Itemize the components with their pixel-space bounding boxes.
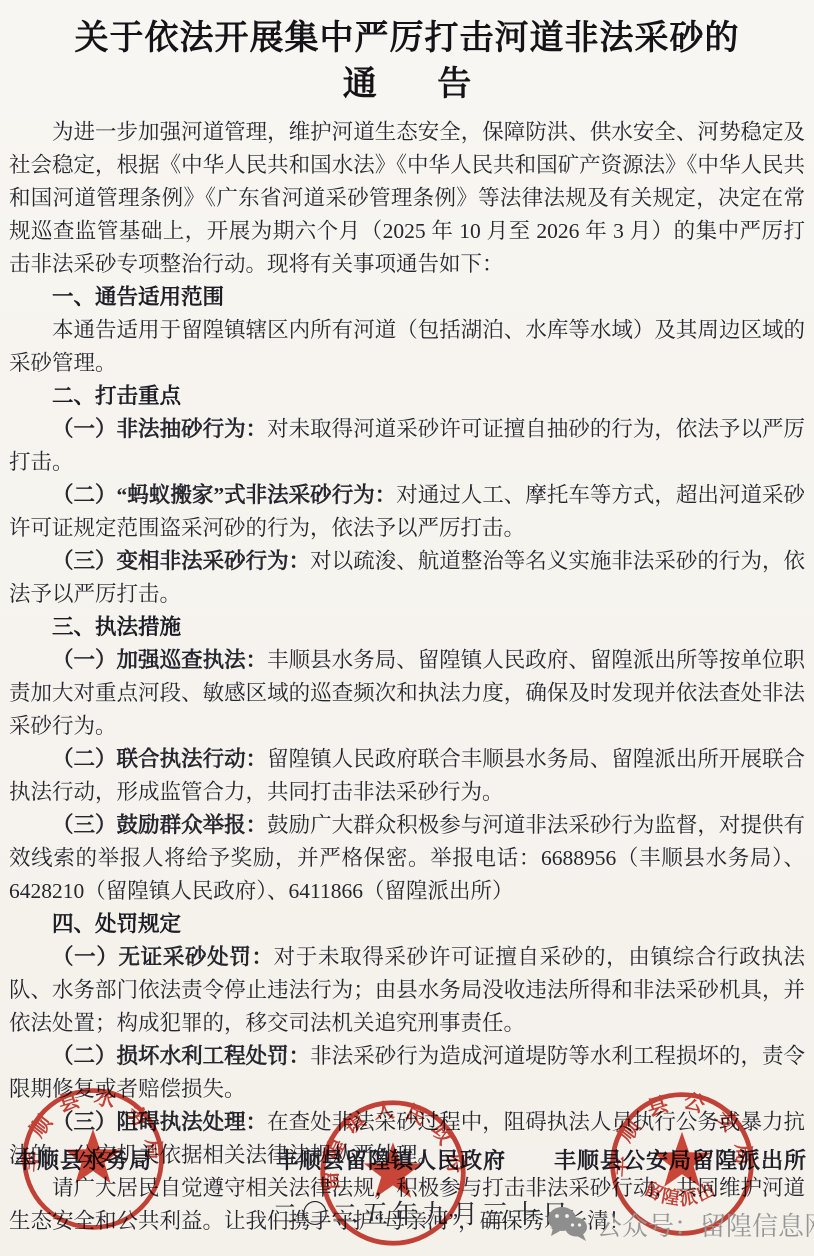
paragraph-lead: （二）损坏水利工程处罚： [52,1044,310,1068]
paragraph: （三）鼓励群众举报：鼓励广大群众积极参与河道非法采砂行为监督，对提供有效线索的举… [9,809,805,908]
paragraph: （二）联合执法行动：留隍镇人民政府联合丰顺县水务局、留隍派出所开展联合执法行动，… [9,743,805,809]
paragraph: （一）非法抽砂行为：对未取得河道采砂许可证擅自抽砂的行为，依法予以严厉打击。 [9,413,805,479]
title-block: 关于依法开展集中严厉打击河道非法采砂的 通 告 [0,0,814,108]
wechat-icon [546,1205,588,1243]
official-seal-town-government: 留隍镇人民政府 [316,1096,470,1250]
notice-document: 关于依法开展集中严厉打击河道非法采砂的 通 告 为进一步加强河道管理，维护河道生… [0,0,814,1256]
paragraph-lead: （三）鼓励群众举报： [52,813,267,837]
section-heading: 四、处罚规定 [9,908,805,941]
paragraph-lead: （二）联合执法行动： [52,747,267,771]
paragraph: （三）变相非法采砂行为：对以疏浚、航道整治等名义实施非法采砂的行为，依法予以严厉… [9,545,805,611]
paragraph: （一）加强巡查执法：丰顺县水务局、留隍镇人民政府、留隍派出所等按单位职责加大对重… [9,644,805,743]
section-heading: 一、通告适用范围 [9,281,805,314]
paragraph-lead: （二）“蚂蚁搬家”式非法采砂行为： [52,483,396,507]
paragraph: （一）无证采砂处罚：对于未取得采砂许可证擅自采砂的，由镇综合行政执法队、水务部门… [9,941,805,1040]
paragraph: 为进一步加强河道管理，维护河道生态安全，保障防洪、供水安全、河势稳定及社会稳定，… [9,116,805,281]
paragraph: （二）“蚂蚁搬家”式非法采砂行为：对通过人工、摩托车等方式，超出河道采砂许可证规… [9,479,805,545]
wechat-account-label: 公众号：留隍信息网 [596,1206,814,1243]
signature-area: 丰顺县水务局 丰顺县留隍镇人民政府 丰顺县公安局留隍派出所 二〇二五年九月三十日… [0,1078,814,1256]
section-heading: 三、执法措施 [9,611,805,644]
official-seal-water-bureau: 丰顺县水务局 [18,1084,168,1234]
paragraph-lead: （一）加强巡查执法： [52,648,267,672]
paragraph-lead: （一）非法抽砂行为： [52,417,267,441]
notice-title-line2: 通 告 [0,62,814,108]
notice-title-line1: 关于依法开展集中严厉打击河道非法采砂的 [0,16,814,62]
section-heading: 二、打击重点 [9,380,805,413]
paragraph-lead: （三）变相非法采砂行为： [52,549,310,573]
paragraph-lead: （一）无证采砂处罚： [52,945,274,969]
paragraph: 本通告适用于留隍镇辖区内所有河道（包括湖泊、水库等水域）及其周边区域的采砂管理。 [9,314,805,380]
notice-body: 为进一步加强河道管理，维护河道生态安全，保障防洪、供水安全、河势稳定及社会稳定，… [0,108,814,1238]
wechat-watermark: 公众号：留隍信息网 [546,1198,814,1250]
